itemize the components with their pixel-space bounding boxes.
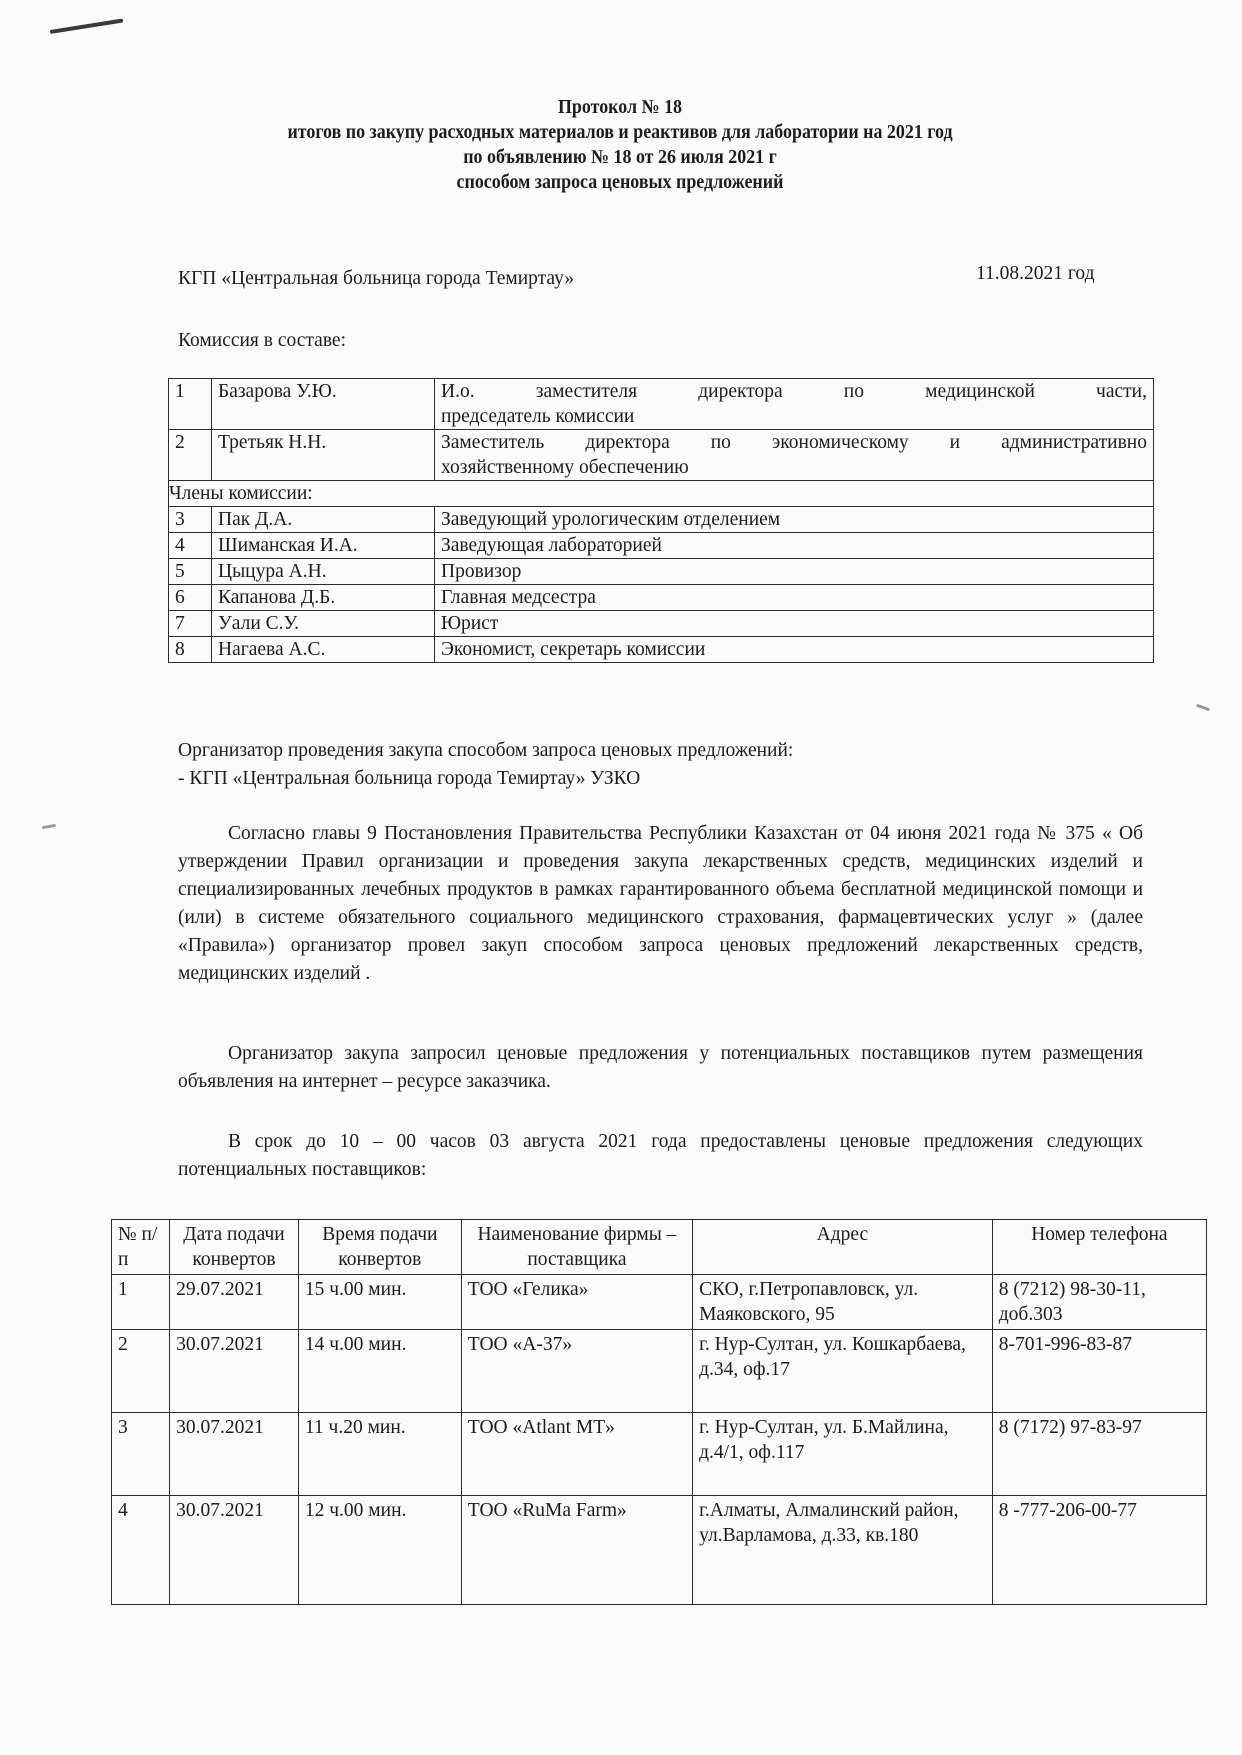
row-address: г. Нур-Султан, ул. Б.Майлина, д.4/1, оф.… [693, 1413, 993, 1496]
row-time: 14 ч.00 мин. [298, 1330, 461, 1413]
rules-paragraph: Согласно главы 9 Постановления Правитель… [178, 820, 1143, 988]
members-label: Члены комиссии: [169, 481, 1154, 507]
row-num: 1 [112, 1275, 170, 1330]
member-name: Цыцура А.Н. [212, 559, 435, 585]
member-role: Юрист [435, 611, 1154, 637]
row-time: 12 ч.00 мин. [298, 1496, 461, 1605]
table-row: 4 30.07.2021 12 ч.00 мин. ТОО «RuMa Farm… [112, 1496, 1207, 1605]
member-name: Шиманская И.А. [212, 533, 435, 559]
commission-row: 6 Капанова Д.Б. Главная медсестра [169, 585, 1154, 611]
row-num: 2 [112, 1330, 170, 1413]
row-time: 15 ч.00 мин. [298, 1275, 461, 1330]
member-name: Нагаева А.С. [212, 637, 435, 663]
member-name: Базарова У.Ю. [212, 379, 435, 430]
member-num: 7 [169, 611, 212, 637]
member-num: 3 [169, 507, 212, 533]
row-date: 30.07.2021 [170, 1330, 299, 1413]
member-role: И.о. заместителя директора по медицинско… [435, 379, 1154, 430]
commission-row: 5 Цыцура А.Н. Провизор [169, 559, 1154, 585]
deadline-paragraph: В срок до 10 – 00 часов 03 августа 2021 … [178, 1128, 1143, 1184]
member-num: 5 [169, 559, 212, 585]
organizer-block: Организатор проведения закупа способом з… [178, 737, 1143, 793]
member-name: Уали С.У. [212, 611, 435, 637]
member-role: Экономист, секретарь комиссии [435, 637, 1154, 663]
table-row: 1 29.07.2021 15 ч.00 мин. ТОО «Гелика» С… [112, 1275, 1207, 1330]
suppliers-table: № п/п Дата подачи конвертов Время подачи… [111, 1219, 1207, 1605]
scan-speck [1196, 704, 1210, 712]
members-label-row: Члены комиссии: [169, 481, 1154, 507]
row-phone: 8 -777-206-00-77 [992, 1496, 1206, 1605]
col-header-address: Адрес [693, 1220, 993, 1275]
commission-table: 1 Базарова У.Ю. И.о. заместителя директо… [168, 378, 1154, 663]
suppliers-header-row: № п/п Дата подачи конвертов Время подачи… [112, 1220, 1207, 1275]
row-firm: ТОО «Atlant MT» [461, 1413, 692, 1496]
rules-text: Согласно главы 9 Постановления Правитель… [178, 823, 1143, 984]
commission-row: 1 Базарова У.Ю. И.о. заместителя директо… [169, 379, 1154, 430]
member-name: Пак Д.А. [212, 507, 435, 533]
row-firm: ТОО «Гелика» [461, 1275, 692, 1330]
commission-row: 2 Третьяк Н.Н. Заместитель директора по … [169, 430, 1154, 481]
member-role: Провизор [435, 559, 1154, 585]
table-row: 3 30.07.2021 11 ч.20 мин. ТОО «Atlant MT… [112, 1413, 1207, 1496]
member-name: Третьяк Н.Н. [212, 430, 435, 481]
document-header: Протокол № 18 итогов по закупу расходных… [188, 95, 1053, 195]
protocol-date: 11.08.2021 год [976, 263, 1095, 285]
row-num: 3 [112, 1413, 170, 1496]
protocol-subtitle: итогов по закупу расходных материалов и … [188, 120, 1053, 145]
member-num: 2 [169, 430, 212, 481]
col-header-num: № п/п [112, 1220, 170, 1275]
member-role: Заведующая лабораторией [435, 533, 1154, 559]
row-phone: 8 (7212) 98-30-11, доб.303 [992, 1275, 1206, 1330]
request-paragraph: Организатор закупа запросил ценовые пред… [178, 1040, 1143, 1096]
col-header-time: Время подачи конвертов [298, 1220, 461, 1275]
row-address: г. Нур-Султан, ул. Кошкарбаева, д.34, оф… [693, 1330, 993, 1413]
scan-pen-mark [50, 18, 124, 34]
col-header-firm: Наименование фирмы – поставщика [461, 1220, 692, 1275]
member-role: Заведующий урологическим отделением [435, 507, 1154, 533]
commission-label: Комиссия в составе: [178, 330, 346, 352]
member-role-line: Заместитель директора по экономическому … [441, 430, 1147, 455]
member-num: 6 [169, 585, 212, 611]
member-role-line: И.о. заместителя директора по медицинско… [441, 379, 1147, 404]
organizer-name: - КГП «Центральная больница города Темир… [178, 765, 1143, 793]
commission-row: 4 Шиманская И.А. Заведующая лабораторией [169, 533, 1154, 559]
col-header-phone: Номер телефона [992, 1220, 1206, 1275]
request-text: Организатор закупа запросил ценовые пред… [178, 1043, 1143, 1092]
row-time: 11 ч.20 мин. [298, 1413, 461, 1496]
row-date: 29.07.2021 [170, 1275, 299, 1330]
announcement-ref: по объявлению № 18 от 26 июля 2021 г [188, 145, 1053, 170]
commission-row: 8 Нагаева А.С. Экономист, секретарь коми… [169, 637, 1154, 663]
organizer-heading: Организатор проведения закупа способом з… [178, 737, 1143, 765]
member-num: 4 [169, 533, 212, 559]
procurement-method: способом запроса ценовых предложений [188, 170, 1053, 195]
row-address: г.Алматы, Алмалинский район, ул.Варламов… [693, 1496, 993, 1605]
organization-name: КГП «Центральная больница города Темирта… [178, 268, 574, 290]
row-phone: 8 (7172) 97-83-97 [992, 1413, 1206, 1496]
row-date: 30.07.2021 [170, 1413, 299, 1496]
row-firm: ТОО «А-37» [461, 1330, 692, 1413]
row-num: 4 [112, 1496, 170, 1605]
member-name: Капанова Д.Б. [212, 585, 435, 611]
deadline-text: В срок до 10 – 00 часов 03 августа 2021 … [178, 1131, 1143, 1180]
row-address: СКО, г.Петропавловск, ул. Маяковского, 9… [693, 1275, 993, 1330]
col-header-date: Дата подачи конвертов [170, 1220, 299, 1275]
member-role-line: председатель комиссии [441, 406, 634, 427]
member-num: 1 [169, 379, 212, 430]
row-phone: 8-701-996-83-87 [992, 1330, 1206, 1413]
commission-row: 7 Уали С.У. Юрист [169, 611, 1154, 637]
member-role-line: хозяйственному обеспечению [441, 457, 689, 478]
table-row: 2 30.07.2021 14 ч.00 мин. ТОО «А-37» г. … [112, 1330, 1207, 1413]
scan-speck [42, 824, 56, 829]
protocol-title: Протокол № 18 [188, 95, 1053, 120]
commission-row: 3 Пак Д.А. Заведующий урологическим отде… [169, 507, 1154, 533]
member-role: Главная медсестра [435, 585, 1154, 611]
row-firm: ТОО «RuMa Farm» [461, 1496, 692, 1605]
member-role: Заместитель директора по экономическому … [435, 430, 1154, 481]
member-num: 8 [169, 637, 212, 663]
row-date: 30.07.2021 [170, 1496, 299, 1605]
